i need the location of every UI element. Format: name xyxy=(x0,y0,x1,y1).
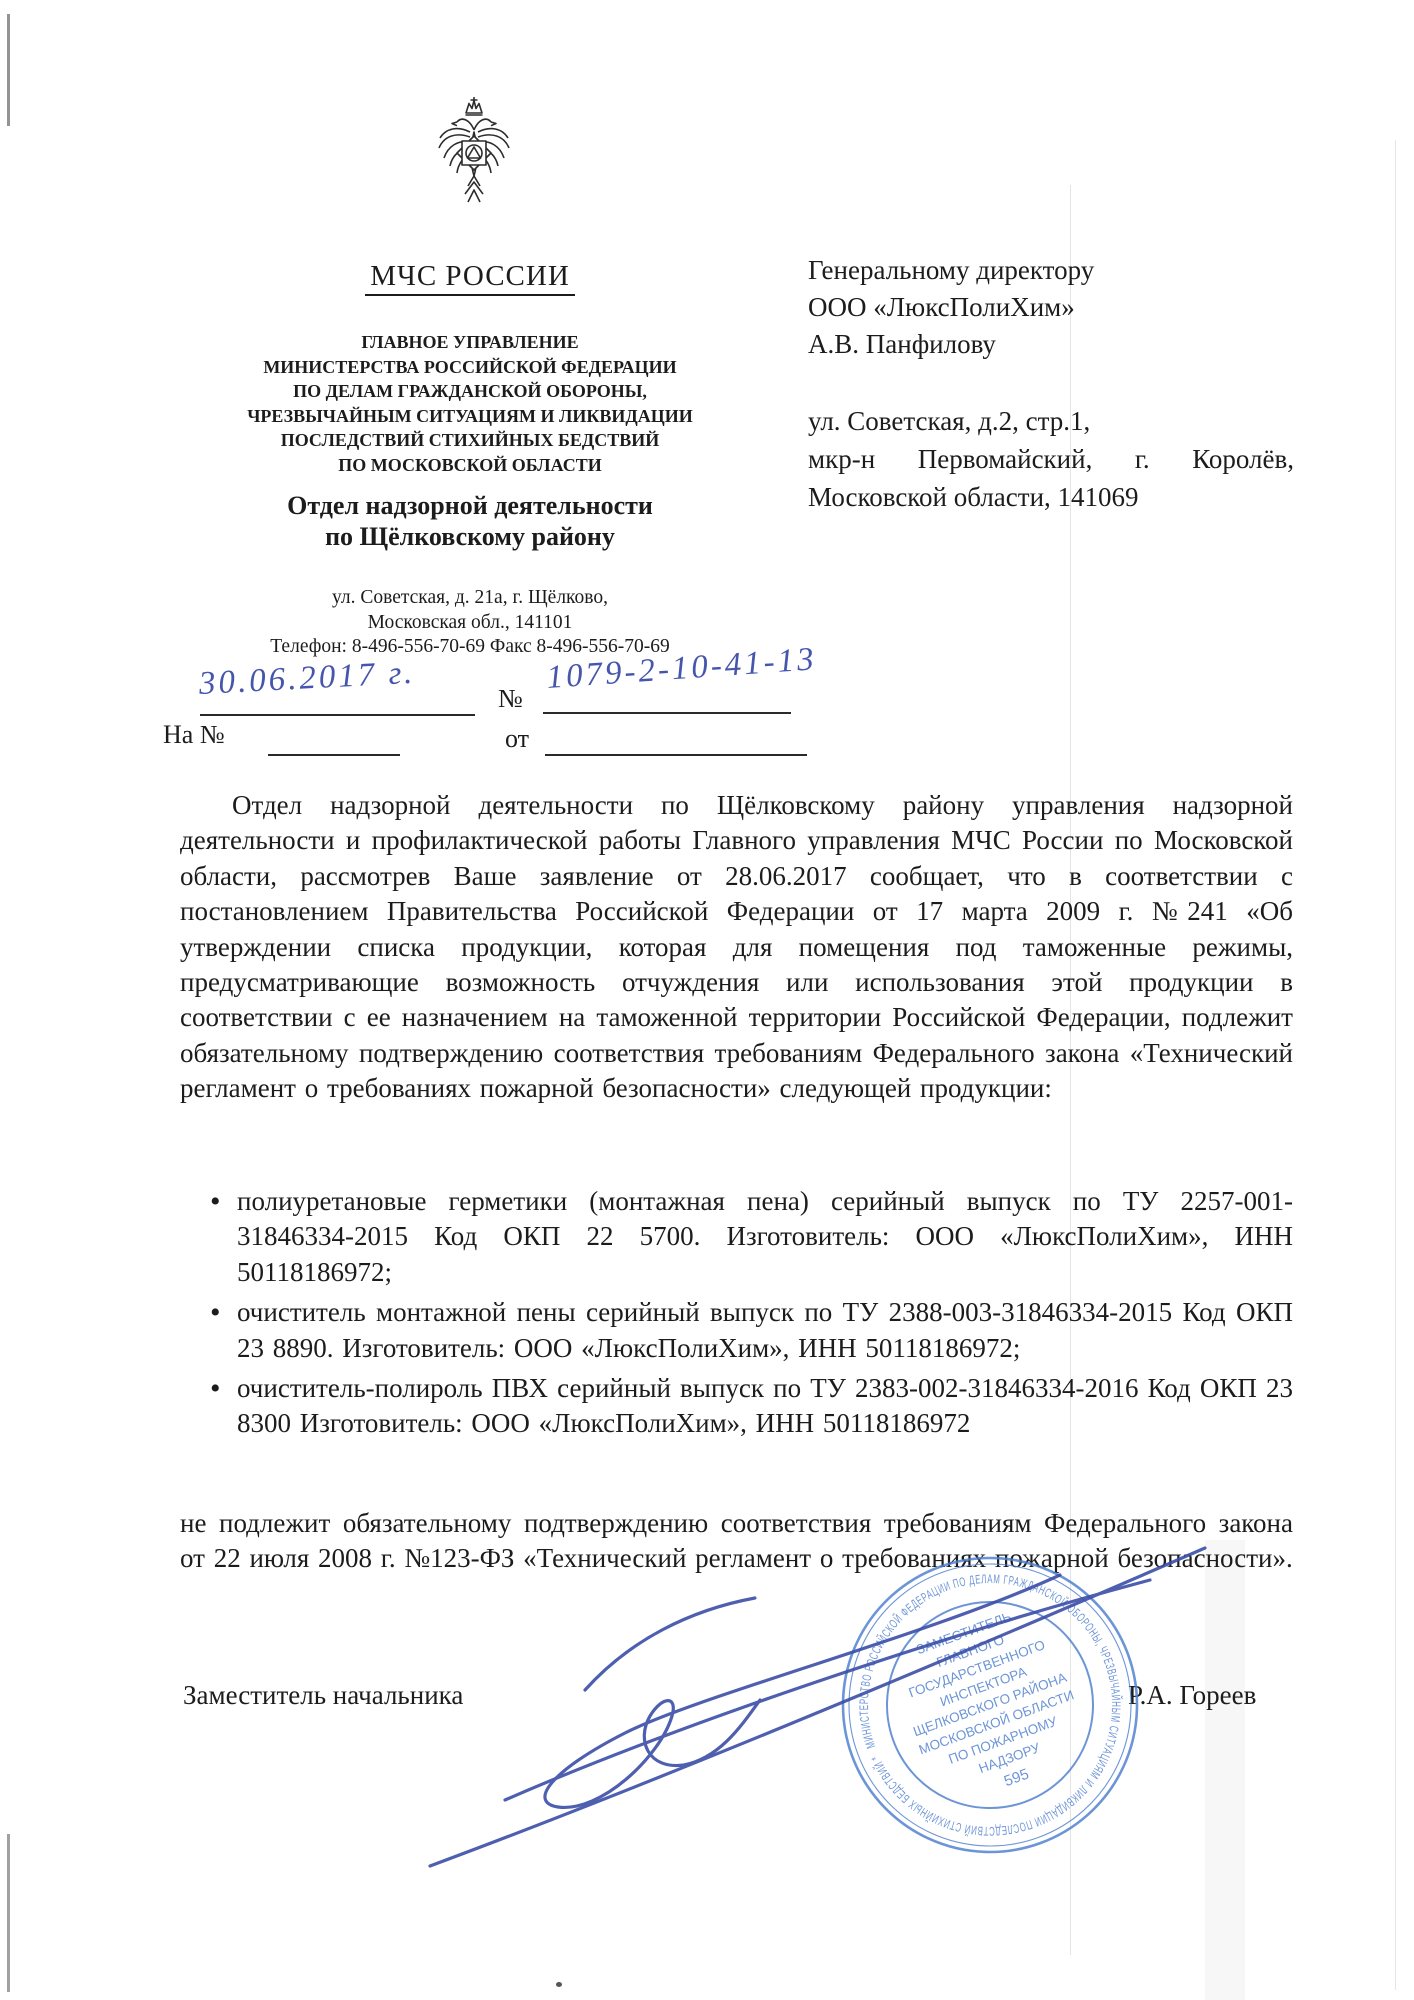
org-line: ГЛАВНОЕ УПРАВЛЕНИЕ xyxy=(160,330,780,355)
org-line: ПОСЛЕДСТВИЙ СТИХИЙНЫХ БЕДСТВИЙ xyxy=(160,428,780,453)
org-name-block: ГЛАВНОЕ УПРАВЛЕНИЕ МИНИСТЕРСТВА РОССИЙСК… xyxy=(160,330,780,478)
handwritten-signature xyxy=(400,1520,1230,1890)
org-line: ПО ДЕЛАМ ГРАЖДАНСКОЙ ОБОРОНЫ, xyxy=(160,379,780,404)
reply-to-number-label: На № xyxy=(163,720,225,750)
recipient-address-line: мкр-н Первомайский, г. Королёв, xyxy=(808,440,1294,478)
date-underline xyxy=(200,714,475,716)
scan-dot xyxy=(556,1982,562,1987)
reply-from-label: от xyxy=(505,724,529,754)
sender-address-block: ул. Советская, д. 21а, г. Щёлково, Моско… xyxy=(160,586,780,660)
product-bullet: полиуретановые герметики (монтажная пена… xyxy=(180,1184,1293,1290)
recipient-line: А.В. Панфилову xyxy=(808,326,1294,363)
reply-number-underline xyxy=(268,754,400,756)
scan-edge-mark xyxy=(7,14,10,126)
department-name-block: Отдел надзорной деятельности по Щёлковск… xyxy=(160,490,780,552)
scan-streak-line xyxy=(1395,140,1396,1990)
scan-edge-mark xyxy=(7,1834,10,1992)
product-bullet: очиститель монтажной пены серийный выпус… xyxy=(180,1295,1293,1366)
body-paragraph: Отдел надзорной деятельности по Щёлковск… xyxy=(180,788,1293,1107)
scanned-letter-page: МЧС РОССИИ ГЛАВНОЕ УПРАВЛЕНИЕ МИНИСТЕРСТ… xyxy=(0,0,1414,2000)
mchs-emblem-icon xyxy=(424,90,524,242)
signature-stroke xyxy=(585,1598,755,1690)
signature-stroke xyxy=(545,1575,1060,1807)
recipient-address-line: ул. Советская, д.2, стр.1, xyxy=(808,402,1294,440)
recipient-line: Генеральному директору xyxy=(808,252,1294,289)
recipient-address-line: Московской области, 141069 xyxy=(808,478,1294,516)
product-bullet-text: полиуретановые герметики (монтажная пена… xyxy=(237,1186,1293,1287)
department-line: Отдел надзорной деятельности xyxy=(160,490,780,521)
product-bullet: очиститель-полироль ПВХ серийный выпуск … xyxy=(180,1371,1293,1442)
org-line: МИНИСТЕРСТВА РОССИЙСКОЙ ФЕДЕРАЦИИ xyxy=(160,355,780,380)
recipient-address-block: ул. Советская, д.2, стр.1, мкр-н Первома… xyxy=(808,402,1294,516)
number-sign-label: № xyxy=(498,684,523,714)
product-bullet-text: очиститель монтажной пены серийный выпус… xyxy=(237,1297,1293,1362)
department-line: по Щёлковскому району xyxy=(160,521,780,552)
reply-date-underline xyxy=(545,754,807,756)
org-line: ПО МОСКОВСКОЙ ОБЛАСТИ xyxy=(160,453,780,478)
product-bullet-text: очиститель-полироль ПВХ серийный выпуск … xyxy=(237,1373,1293,1438)
sender-address-line: Московская обл., 141101 xyxy=(160,611,780,636)
agency-title: МЧС РОССИИ xyxy=(160,260,780,293)
agency-title-text: МЧС РОССИИ xyxy=(365,260,575,296)
org-line: ЧРЕЗВЫЧАЙНЫМ СИТУАЦИЯМ И ЛИКВИДАЦИИ xyxy=(160,404,780,429)
recipient-block: Генеральному директору ООО «ЛюксПолиХим»… xyxy=(808,252,1294,363)
sender-address-line: ул. Советская, д. 21а, г. Щёлково, xyxy=(160,586,780,611)
handwritten-date: 30.06.2017 г. xyxy=(198,655,416,703)
recipient-line: ООО «ЛюксПолиХим» xyxy=(808,289,1294,326)
number-underline xyxy=(543,712,791,714)
product-list: полиуретановые герметики (монтажная пена… xyxy=(180,1184,1293,1447)
